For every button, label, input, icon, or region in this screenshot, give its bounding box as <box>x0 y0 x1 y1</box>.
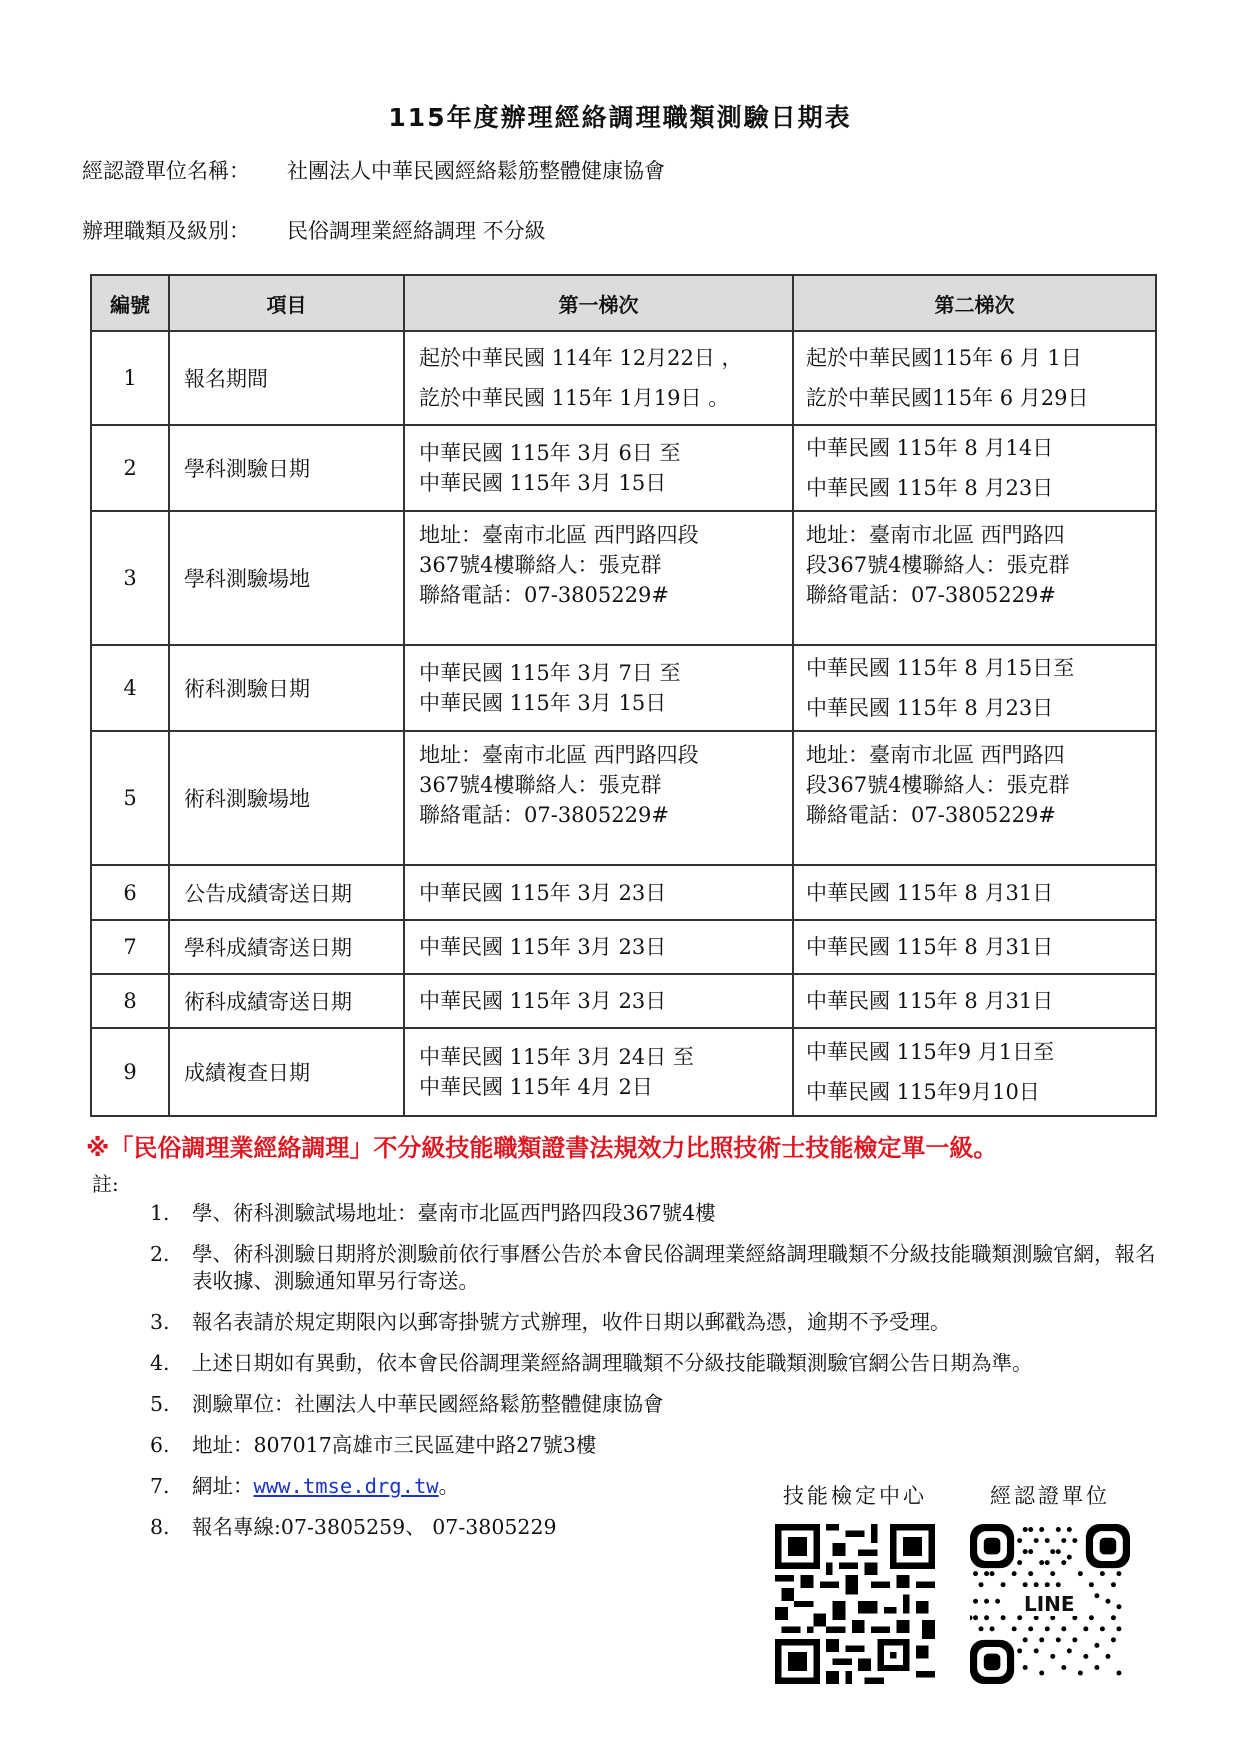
cell-line: 中華民國 115年 3月 15日 <box>419 468 791 498</box>
note-text: 報名專線:07-3805259、 07-3805229 <box>192 1515 557 1539</box>
note-number: 3. <box>150 1309 170 1336</box>
note-text: 學、術科測驗試場地址：臺南市北區西門路四段367號4樓 <box>192 1201 716 1225</box>
cell-line: 地址：臺南市北區 西門路四 <box>806 520 1154 550</box>
row-number: 7 <box>91 920 169 974</box>
cell-line: 中華民國 115年 3月 15日 <box>419 688 791 718</box>
table-row: 8 術科成績寄送日期 中華民國 115年 3月 23日 中華民國 115年 8 … <box>91 974 1156 1028</box>
note-number: 1. <box>150 1200 170 1227</box>
table-row: 9 成績複查日期 中華民國 115年 3月 24日 至中華民國 115年 4月 … <box>91 1028 1156 1116</box>
note-text: 學、術科測驗日期將於測驗前依行事曆公告於本會民俗調理業經絡調理職類不分級技能職類… <box>192 1242 1156 1293</box>
cell-line: 367號4樓聯絡人：張克群 <box>419 770 791 800</box>
note-number: 2. <box>150 1241 170 1268</box>
table-row: 3 學科測驗場地 地址：臺南市北區 西門路四段367號4樓聯絡人：張克群聯絡電話… <box>91 511 1156 645</box>
batch-1-cell: 地址：臺南市北區 西門路四段367號4樓聯絡人：張克群聯絡電話：07-38052… <box>404 731 793 865</box>
note-text: 測驗單位：社團法人中華民國經絡鬆筋整體健康協會 <box>192 1392 664 1416</box>
note-number: 7. <box>150 1473 170 1500</box>
category-label: 辦理職類及級別： <box>82 215 287 245</box>
batch-1-cell: 地址：臺南市北區 西門路四段367號4樓聯絡人：張克群聯絡電話：07-38052… <box>404 511 793 645</box>
cell-line: 中華民國 115年 8 月23日 <box>806 693 1154 723</box>
cell-line: 中華民國 115年 3月 7日 至 <box>419 658 791 688</box>
note-text: 上述日期如有異動，依本會民俗調理業經絡調理職類不分級技能職類測驗官網公告日期為準… <box>192 1351 1033 1375</box>
table-row: 2 學科測驗日期 中華民國 115年 3月 6日 至中華民國 115年 3月 1… <box>91 425 1156 511</box>
qr-caption: 技能檢定中心 <box>775 1480 935 1510</box>
note-item: 6.地址：807017高雄市三民區建中路27號3樓 <box>150 1432 1160 1459</box>
batch-2-cell: 中華民國 115年9 月1日至中華民國 115年9月10日 <box>793 1028 1156 1116</box>
row-item: 公告成績寄送日期 <box>169 865 404 920</box>
cell-line: 地址：臺南市北區 西門路四段 <box>419 520 791 550</box>
unit-line: 經認證單位名稱：社團法人中華民國經絡鬆筋整體健康協會 <box>82 155 665 185</box>
table-row: 1 報名期間 起於中華民國 114年 12月22日 ，訖於中華民國 115年 1… <box>91 331 1156 425</box>
batch-1-cell: 中華民國 115年 3月 7日 至中華民國 115年 3月 15日 <box>404 645 793 731</box>
note-item: 1.學、術科測驗試場地址：臺南市北區西門路四段367號4樓 <box>150 1200 1160 1227</box>
cell-line: 中華民國 115年 3月 6日 至 <box>419 438 791 468</box>
cell-line: 聯絡電話：07-3805229# <box>419 800 791 830</box>
table-header-row: 編號 項目 第一梯次 第二梯次 <box>91 275 1156 331</box>
cell-line: 段367號4樓聯絡人：張克群 <box>806 770 1154 800</box>
cell-line: 中華民國 115年9 月1日至 <box>806 1037 1154 1067</box>
row-item: 術科測驗場地 <box>169 731 404 865</box>
batch-2-cell: 起於中華民國115年 6 月 1日訖於中華民國115年 6 月29日 <box>793 331 1156 425</box>
batch-2-cell: 中華民國 115年 8 月14日中華民國 115年 8 月23日 <box>793 425 1156 511</box>
notes-label: 註: <box>92 1168 119 1197</box>
note-text: 地址：807017高雄市三民區建中路27號3樓 <box>192 1433 596 1457</box>
certified-unit-qr-block: 經認證單位 LINE <box>970 1480 1130 1684</box>
cell-line: 367號4樓聯絡人：張克群 <box>419 550 791 580</box>
cell-line: 聯絡電話：07-3805229# <box>419 580 791 610</box>
cell-line: 中華民國 115年 8 月14日 <box>806 433 1154 463</box>
row-item: 報名期間 <box>169 331 404 425</box>
page-title: 115年度辦理經絡調理職類測驗日期表 <box>0 98 1240 134</box>
unit-label: 經認證單位名稱： <box>82 155 287 185</box>
note-number: 5. <box>150 1391 170 1418</box>
header-batch-2: 第二梯次 <box>793 275 1156 331</box>
cell-line: 起於中華民國115年 6 月 1日 <box>806 343 1154 373</box>
note-item: 5.測驗單位：社團法人中華民國經絡鬆筋整體健康協會 <box>150 1391 1160 1418</box>
category-value: 民俗調理業經絡調理 不分級 <box>287 219 546 243</box>
note-number: 4. <box>150 1350 170 1377</box>
table-row: 5 術科測驗場地 地址：臺南市北區 西門路四段367號4樓聯絡人：張克群聯絡電話… <box>91 731 1156 865</box>
row-number: 2 <box>91 425 169 511</box>
row-number: 6 <box>91 865 169 920</box>
row-number: 9 <box>91 1028 169 1116</box>
cell-line: 段367號4樓聯絡人：張克群 <box>806 550 1154 580</box>
row-item: 學科成績寄送日期 <box>169 920 404 974</box>
category-line: 辦理職類及級別：民俗調理業經絡調理 不分級 <box>82 215 546 245</box>
batch-2-cell: 地址：臺南市北區 西門路四段367號4樓聯絡人：張克群聯絡電話：07-38052… <box>793 731 1156 865</box>
batch-1-cell: 中華民國 115年 3月 23日 <box>404 865 793 920</box>
cell-line: 訖於中華民國115年 6 月29日 <box>806 383 1154 413</box>
row-number: 8 <box>91 974 169 1028</box>
header-item: 項目 <box>169 275 404 331</box>
batch-1-cell: 中華民國 115年 3月 24日 至中華民國 115年 4月 2日 <box>404 1028 793 1116</box>
cell-line: 中華民國 115年 8 月15日至 <box>806 653 1154 683</box>
row-number: 4 <box>91 645 169 731</box>
batch-2-cell: 地址：臺南市北區 西門路四段367號4樓聯絡人：張克群聯絡電話：07-38052… <box>793 511 1156 645</box>
schedule-table: 編號 項目 第一梯次 第二梯次 1 報名期間 起於中華民國 114年 12月22… <box>90 274 1157 1117</box>
table-row: 4 術科測驗日期 中華民國 115年 3月 7日 至中華民國 115年 3月 1… <box>91 645 1156 731</box>
cell-line: 地址：臺南市北區 西門路四 <box>806 740 1154 770</box>
note-item: 2.學、術科測驗日期將於測驗前依行事曆公告於本會民俗調理業經絡調理職類不分級技能… <box>150 1241 1160 1295</box>
qr-caption: 經認證單位 <box>970 1480 1130 1510</box>
row-item: 術科測驗日期 <box>169 645 404 731</box>
batch-2-cell: 中華民國 115年 8 月31日 <box>793 865 1156 920</box>
line-logo-label: LINE <box>1022 1592 1077 1616</box>
unit-value: 社團法人中華民國經絡鬆筋整體健康協會 <box>287 159 665 183</box>
note-number: 8. <box>150 1514 170 1541</box>
row-number: 5 <box>91 731 169 865</box>
batch-2-cell: 中華民國 115年 8 月31日 <box>793 974 1156 1028</box>
cell-line: 聯絡電話：07-3805229# <box>806 580 1154 610</box>
batch-1-cell: 中華民國 115年 3月 6日 至中華民國 115年 3月 15日 <box>404 425 793 511</box>
note-label: 網址： <box>192 1474 254 1498</box>
cell-line: 中華民國 115年 8 月23日 <box>806 473 1154 503</box>
row-item: 成績複查日期 <box>169 1028 404 1116</box>
row-item: 術科成績寄送日期 <box>169 974 404 1028</box>
line-qr-code-icon[interactable]: LINE <box>970 1524 1130 1684</box>
header-number: 編號 <box>91 275 169 331</box>
batch-2-cell: 中華民國 115年 8 月15日至中華民國 115年 8 月23日 <box>793 645 1156 731</box>
cell-line: 聯絡電話：07-3805229# <box>806 800 1154 830</box>
table-row: 7 學科成績寄送日期 中華民國 115年 3月 23日 中華民國 115年 8 … <box>91 920 1156 974</box>
note-number: 6. <box>150 1432 170 1459</box>
batch-2-cell: 中華民國 115年 8 月31日 <box>793 920 1156 974</box>
cell-line: 起於中華民國 114年 12月22日 ， <box>419 343 791 373</box>
note-text: 報名表請於規定期限內以郵寄掛號方式辦理，收件日期以郵戳為憑，逾期不予受理。 <box>192 1310 951 1334</box>
cell-line: 地址：臺南市北區 西門路四段 <box>419 740 791 770</box>
note-item: 4.上述日期如有異動，依本會民俗調理業經絡調理職類不分級技能職類測驗官網公告日期… <box>150 1350 1112 1377</box>
website-link[interactable]: www.tmse.drg.tw <box>254 1474 439 1498</box>
note-item: 3.報名表請於規定期限內以郵寄掛號方式辦理，收件日期以郵戳為憑，逾期不予受理。 <box>150 1309 1160 1336</box>
row-item: 學科測驗日期 <box>169 425 404 511</box>
cell-line: 中華民國 115年 4月 2日 <box>419 1072 791 1102</box>
skills-center-qr-block: 技能檢定中心 <box>775 1480 935 1689</box>
legal-effect-note: ※「民俗調理業經絡調理」不分級技能職類證書法規效力比照技術士技能檢定單一級。 <box>86 1128 997 1163</box>
cell-line: 中華民國 115年9月10日 <box>806 1077 1154 1107</box>
batch-1-cell: 起於中華民國 114年 12月22日 ，訖於中華民國 115年 1月19日 。 <box>404 331 793 425</box>
header-batch-1: 第一梯次 <box>404 275 793 331</box>
batch-1-cell: 中華民國 115年 3月 23日 <box>404 974 793 1028</box>
cell-line: 中華民國 115年 3月 24日 至 <box>419 1042 791 1072</box>
row-number: 3 <box>91 511 169 645</box>
cell-line: 訖於中華民國 115年 1月19日 。 <box>419 383 791 413</box>
note-suffix: 。 <box>439 1474 460 1498</box>
qr-code-icon[interactable] <box>775 1524 935 1684</box>
row-item: 學科測驗場地 <box>169 511 404 645</box>
batch-1-cell: 中華民國 115年 3月 23日 <box>404 920 793 974</box>
table-row: 6 公告成績寄送日期 中華民國 115年 3月 23日 中華民國 115年 8 … <box>91 865 1156 920</box>
row-number: 1 <box>91 331 169 425</box>
